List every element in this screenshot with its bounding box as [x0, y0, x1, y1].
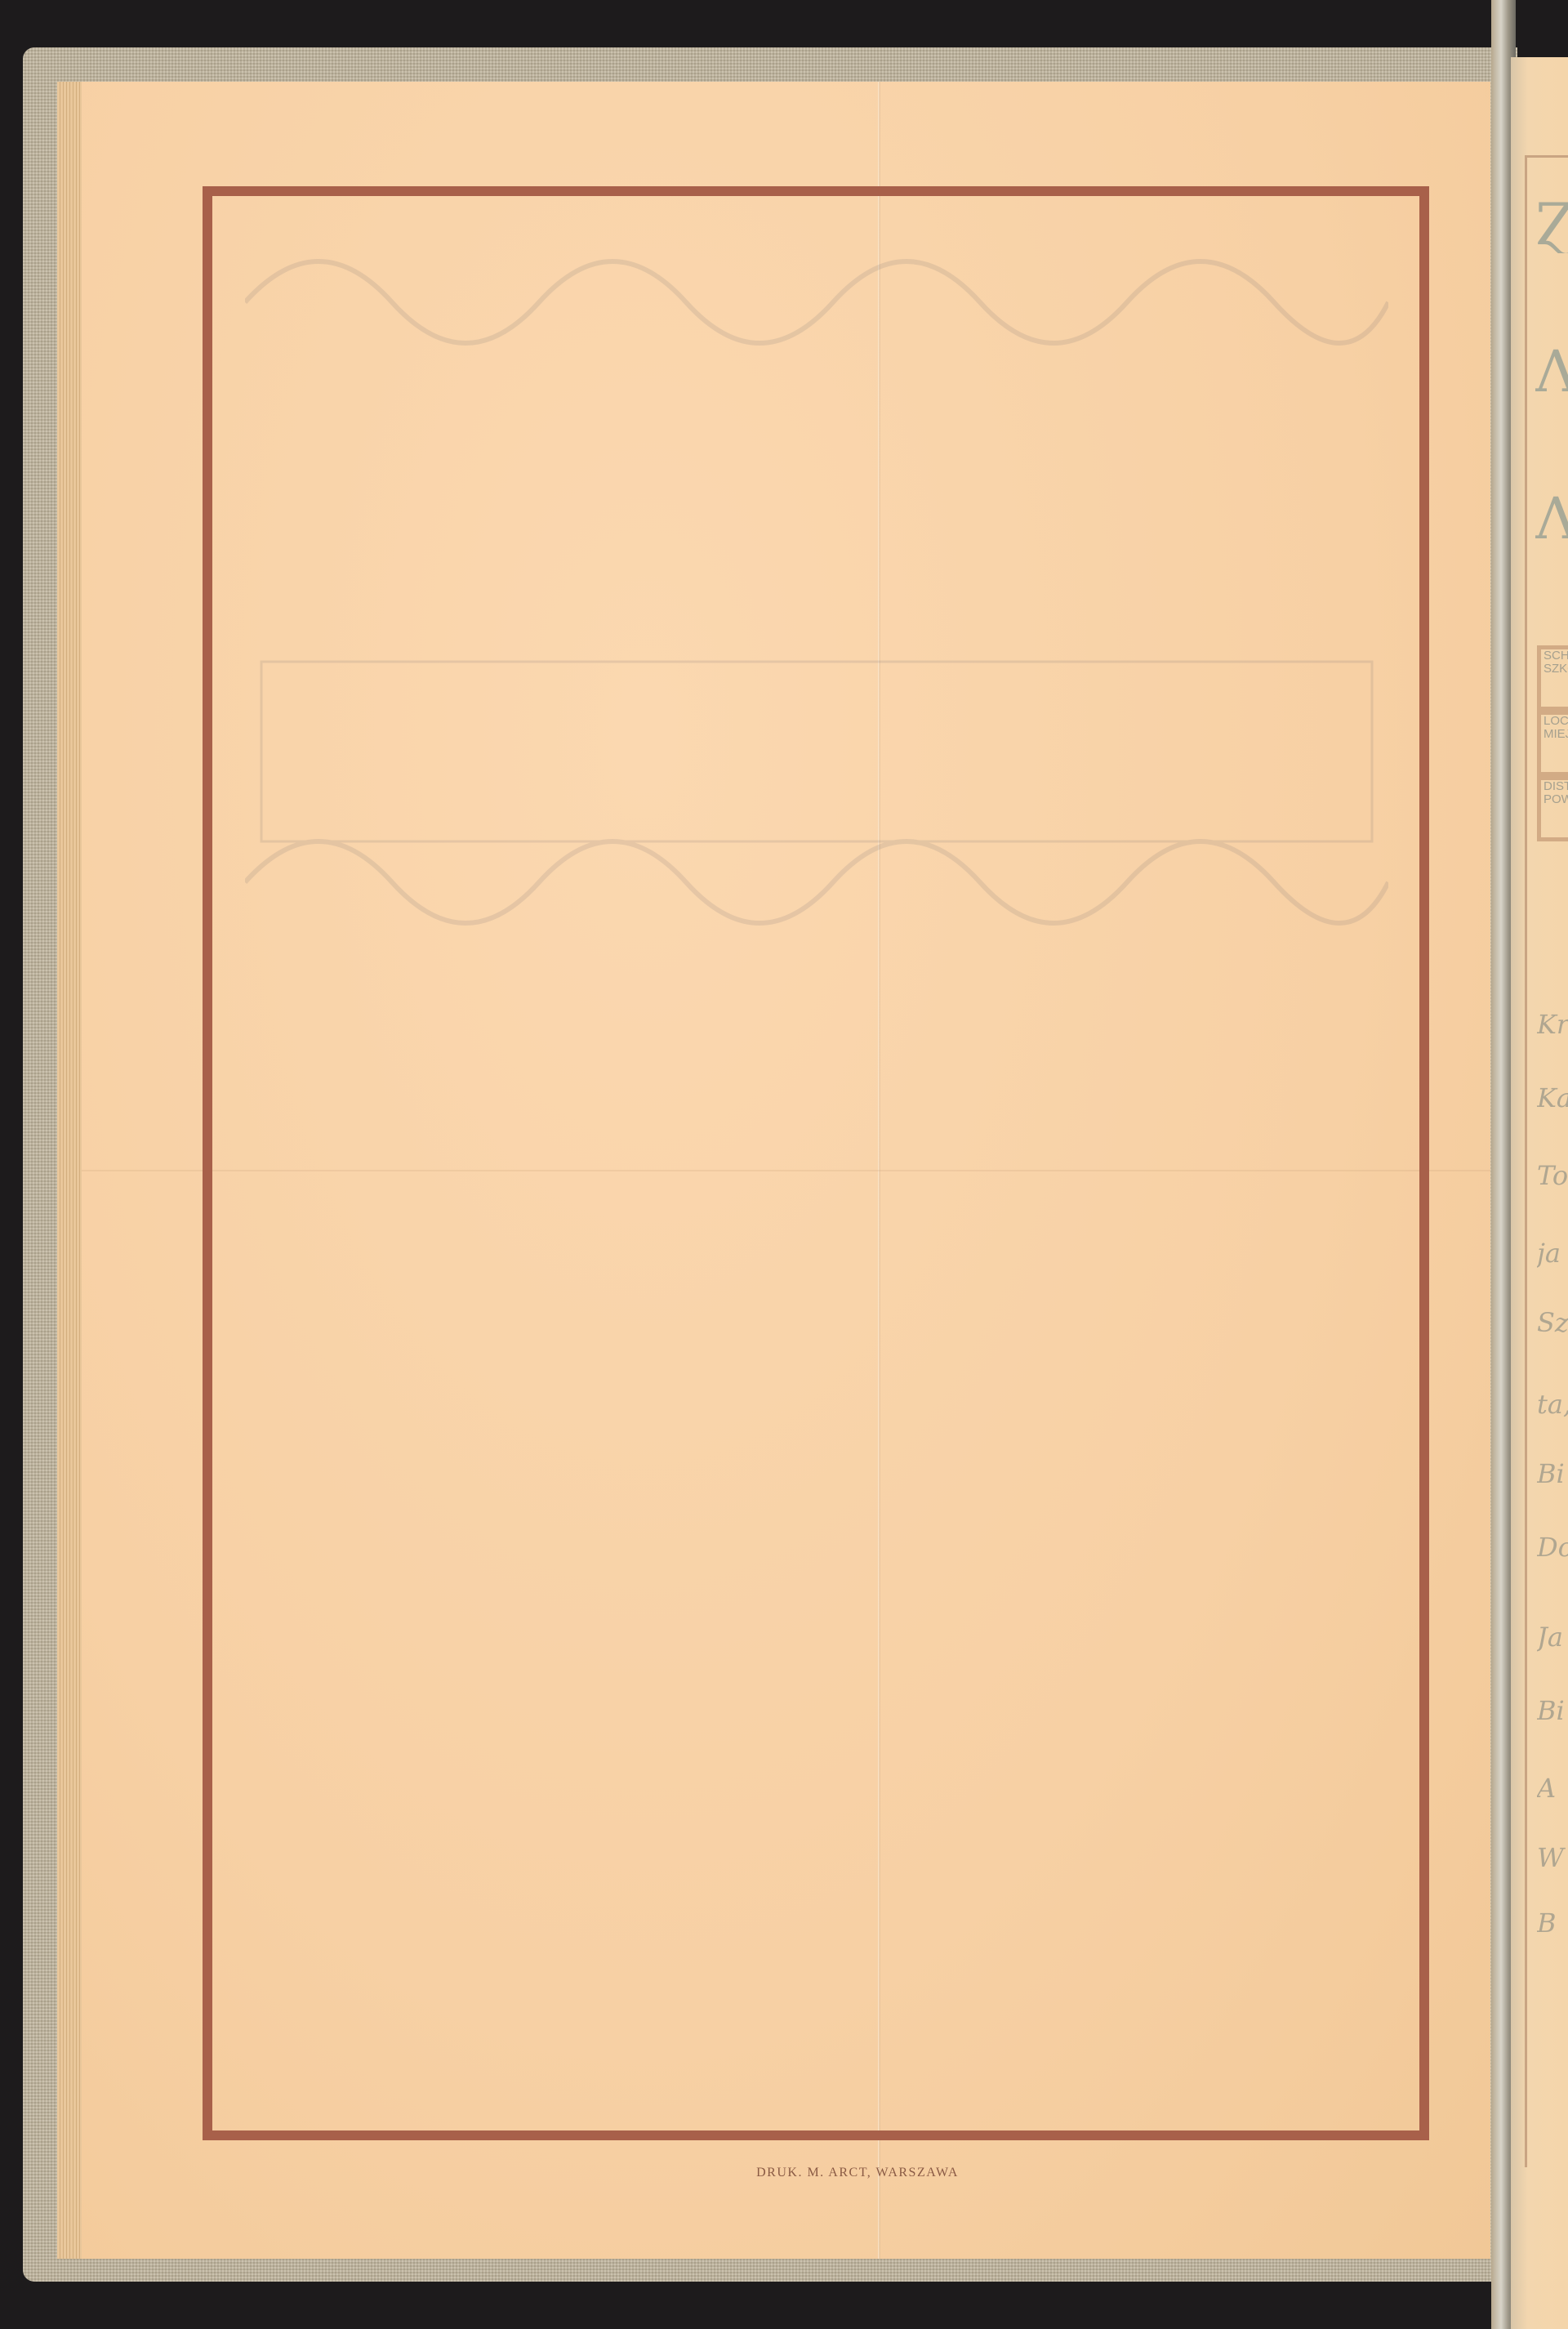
page-edges	[57, 82, 83, 2259]
script-text: To	[1537, 1160, 1568, 1191]
script-text: Bi	[1537, 1458, 1568, 1489]
script-text: ja	[1537, 1238, 1568, 1269]
label-line: SZKOŁA	[1543, 663, 1568, 676]
label-box-locality: LOCALI MIEJSC	[1537, 711, 1568, 776]
label-line: POWIA	[1543, 793, 1568, 806]
script-text: ta,	[1537, 1389, 1568, 1420]
ornament-glyph-icon: Ɀ	[1535, 196, 1568, 253]
printer-imprint-text: DRUK. M. ARCT, WARSZAWA	[756, 2166, 959, 2180]
ornament-glyph-icon: Ʌ	[1535, 490, 1568, 547]
label-box-school: SCHOOL SZKOŁA	[1537, 645, 1568, 711]
script-text: Bi	[1537, 1695, 1568, 1726]
ornament-glyph-icon: Ʌ	[1535, 343, 1568, 400]
script-text: A	[1537, 1773, 1568, 1804]
script-text: Do	[1537, 1532, 1568, 1563]
label-box-district: DISTRIC POWIA	[1537, 776, 1568, 841]
label-line: MIEJSC	[1543, 728, 1568, 741]
script-text: W	[1537, 1842, 1568, 1873]
printer-imprint: DRUK. M. ARCT, WARSZAWA	[0, 2166, 1568, 2180]
script-text: B	[1537, 1907, 1568, 1939]
label-line: LOCALI	[1543, 715, 1568, 728]
script-text: Ja	[1537, 1622, 1568, 1653]
decorative-border-frame	[203, 186, 1429, 2140]
script-text: Krak	[1537, 1009, 1568, 1040]
label-line: SCHOOL	[1543, 649, 1568, 663]
label-line: DISTRIC	[1543, 780, 1568, 793]
script-text: Kan	[1537, 1082, 1568, 1113]
script-text: Sz	[1537, 1307, 1568, 1338]
